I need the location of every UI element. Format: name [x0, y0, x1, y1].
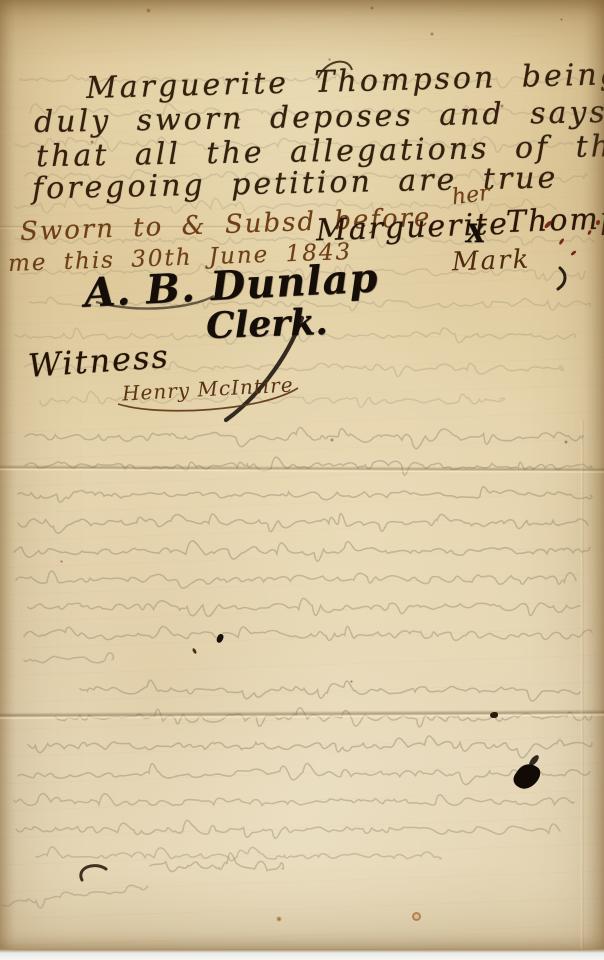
scanned-document: Marguerite Thompson being duly sworn dep… [0, 0, 604, 960]
foxing-spot [328, 58, 331, 61]
fold-crease-lower [0, 709, 604, 719]
ink-blot-tail [528, 754, 541, 768]
paper-sheet: Marguerite Thompson being duly sworn dep… [0, 0, 604, 949]
witness-signature: Henry McIntire [121, 373, 294, 406]
foxing-spot [430, 32, 434, 36]
foxing-spot [330, 438, 334, 442]
foxing-ring [412, 912, 421, 921]
deponent-mark-word: Mark [452, 245, 531, 278]
deponent-last-name: Thompson [505, 199, 604, 240]
deponent-her-word: her [451, 181, 491, 210]
ink-speck [490, 712, 498, 718]
foxing-spot [60, 560, 63, 563]
foxing-spot [146, 8, 151, 13]
rust-fleck [558, 238, 564, 246]
foxing-spot [370, 6, 374, 10]
ink-speck [216, 633, 225, 644]
foxing-spot [350, 680, 353, 683]
ink-blot [510, 759, 544, 794]
ink-speck [192, 648, 198, 655]
scan-background-strip [0, 949, 604, 960]
foxing-spot [560, 18, 563, 21]
officer-title: Clerk. [205, 301, 328, 347]
fold-crease-vertical [580, 420, 584, 949]
foxing-spot [564, 440, 568, 444]
witness-label: Witness [27, 337, 171, 385]
rust-fleck [570, 250, 576, 256]
deponent-mark-x: X [466, 219, 485, 248]
fold-crease-middle [0, 465, 604, 474]
foxing-spot [276, 916, 282, 922]
